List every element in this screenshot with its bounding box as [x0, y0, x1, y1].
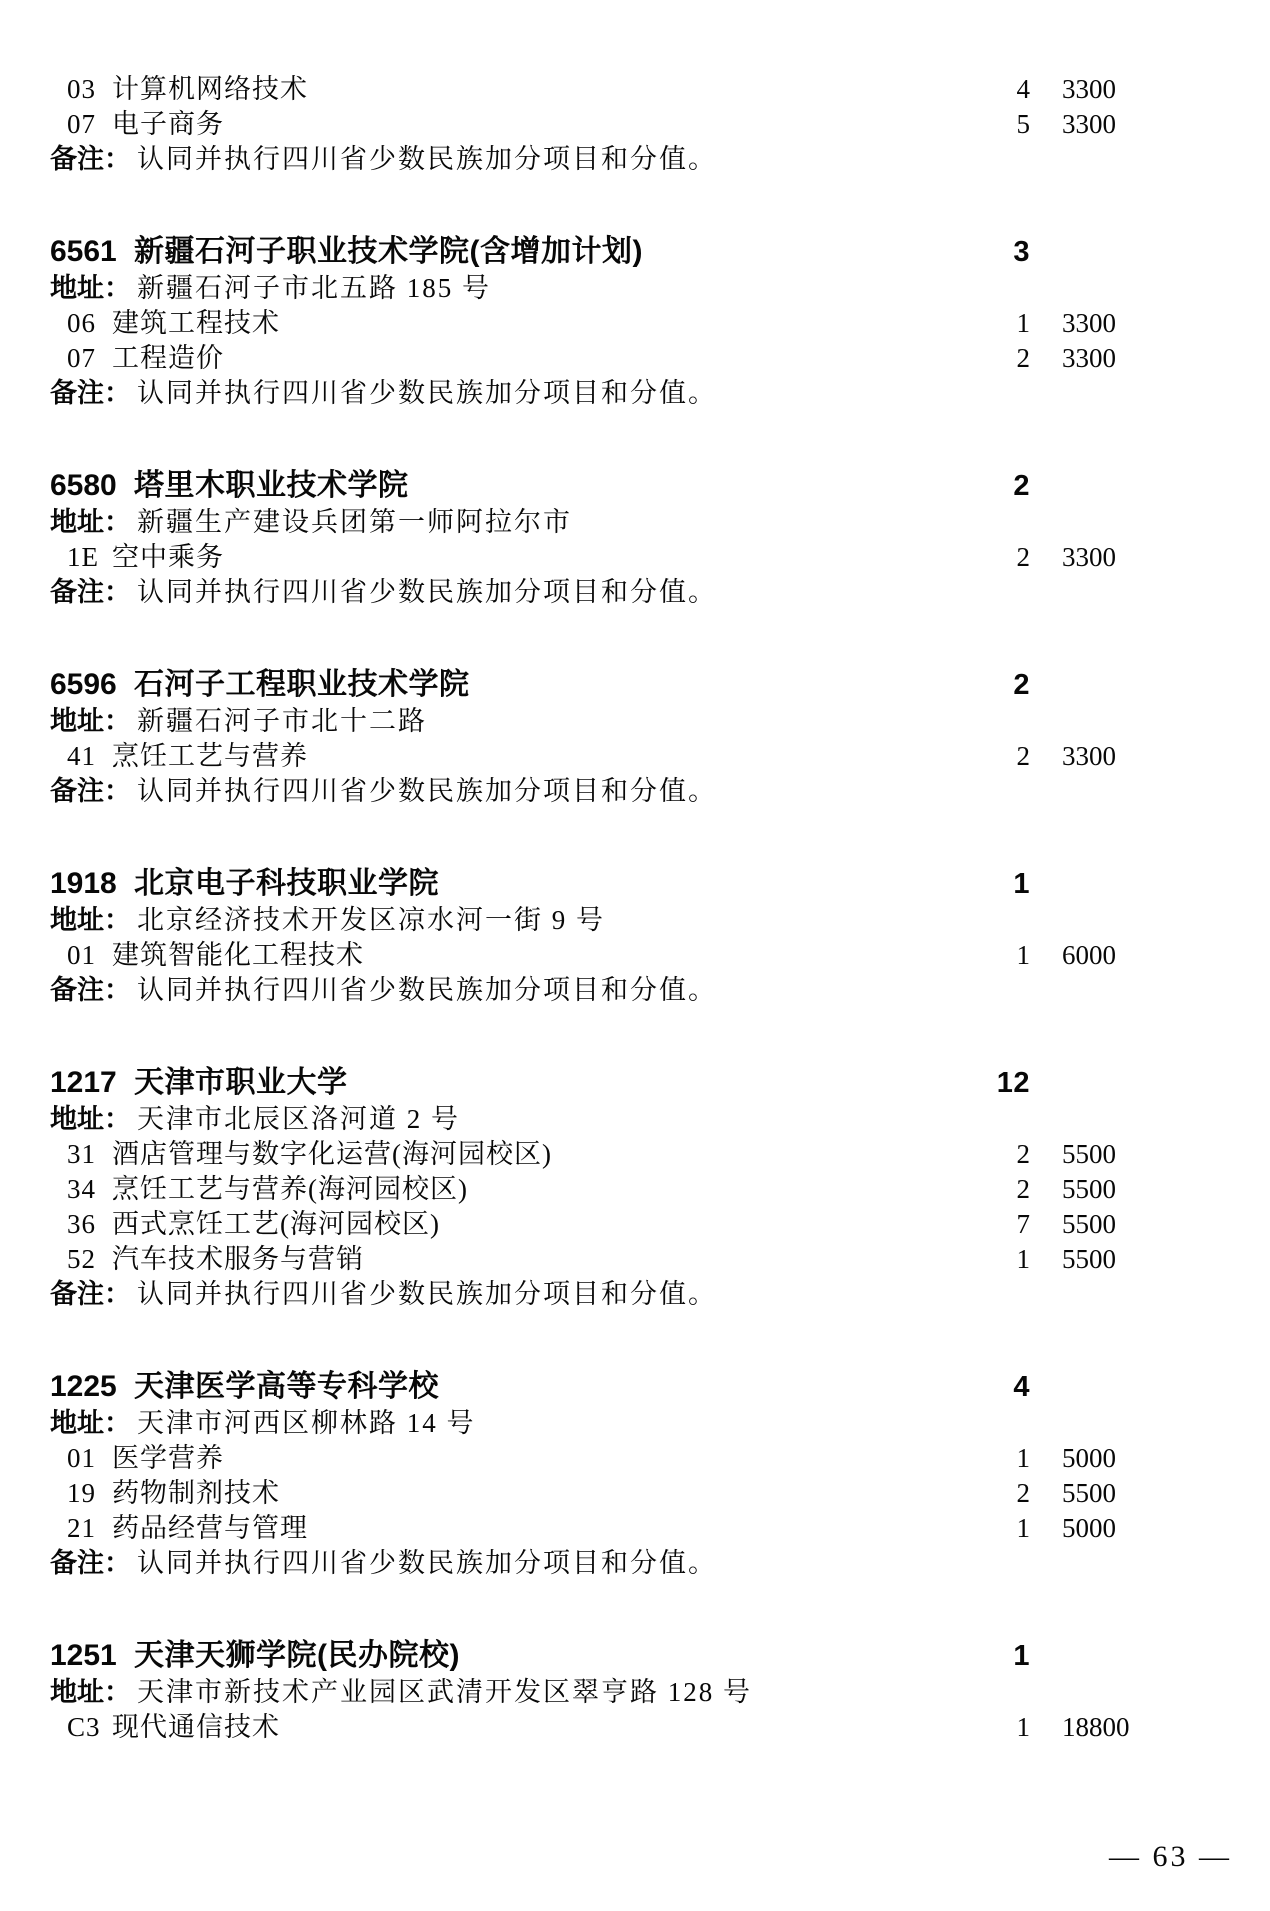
major-quota: 4	[960, 72, 1030, 107]
major-quota: 2	[960, 540, 1030, 575]
major-code: 07	[67, 341, 112, 376]
major-code: 36	[67, 1207, 112, 1242]
major-fee: 3300	[1062, 107, 1116, 142]
remark-row: 备注：认同并执行四川省少数民族加分项目和分值。	[0, 575, 1270, 610]
university-block: 1251天津天狮学院(民办院校) 1 地址：天津市新技术产业园区武清开发区翠亨路…	[0, 1635, 1270, 1745]
address-row: 地址：天津市北辰区洛河道 2 号	[0, 1102, 1270, 1137]
university-header: 6596石河子工程职业技术学院 2	[0, 664, 1270, 704]
address-text: 天津市北辰区洛河道 2 号	[137, 1104, 460, 1134]
major-name: 空中乘务	[112, 542, 224, 572]
major-code: C3	[67, 1710, 112, 1745]
major-fee: 5500	[1062, 1476, 1116, 1511]
address-text: 新疆生产建设兵团第一师阿拉尔市	[137, 507, 572, 537]
major-quota: 1	[960, 1242, 1030, 1277]
major-fee: 3300	[1062, 540, 1116, 575]
major-row: 06建筑工程技术 1 3300	[0, 306, 1270, 341]
major-code: 34	[67, 1172, 112, 1207]
university-block: 1217天津市职业大学 12 地址：天津市北辰区洛河道 2 号 31酒店管理与数…	[0, 1062, 1270, 1312]
major-quota: 1	[960, 1441, 1030, 1476]
university-block: 6596石河子工程职业技术学院 2 地址：新疆石河子市北十二路 41烹饪工艺与营…	[0, 664, 1270, 809]
remark-text: 认同并执行四川省少数民族加分项目和分值。	[137, 1279, 717, 1309]
university-header: 1225天津医学高等专科学校 4	[0, 1366, 1270, 1406]
remark-row: 备注：认同并执行四川省少数民族加分项目和分值。	[0, 1277, 1270, 1312]
major-name: 建筑工程技术	[112, 308, 280, 338]
major-name: 烹饪工艺与营养	[112, 741, 308, 771]
remark-label: 备注：	[50, 1546, 137, 1581]
university-total-quota: 2	[960, 465, 1030, 507]
address-label: 地址：	[50, 1102, 137, 1137]
major-fee: 5000	[1062, 1441, 1116, 1476]
university-code: 6596	[50, 664, 134, 706]
major-quota: 2	[960, 1172, 1030, 1207]
address-label: 地址：	[50, 1406, 137, 1441]
university-name: 新疆石河子职业技术学院(含增加计划)	[134, 235, 643, 268]
majors-list: 01建筑智能化工程技术 1 6000 备注：认同并执行四川省少数民族加分项目和分…	[0, 938, 1270, 1008]
majors-list: 06建筑工程技术 1 3300 07工程造价 2 3300 备注：认同并执行四川…	[0, 306, 1270, 411]
majors-list: C3现代通信技术 1 18800	[0, 1710, 1270, 1745]
major-name: 建筑智能化工程技术	[112, 940, 364, 970]
major-row: 07电子商务 5 3300	[0, 107, 1270, 142]
address-text: 天津市河西区柳林路 14 号	[137, 1408, 476, 1438]
university-header: 6580塔里木职业技术学院 2	[0, 465, 1270, 505]
university-total-quota: 1	[960, 863, 1030, 905]
major-name: 电子商务	[112, 109, 224, 139]
major-name: 药物制剂技术	[112, 1478, 280, 1508]
address-text: 天津市新技术产业园区武清开发区翠亨路 128 号	[137, 1677, 752, 1707]
continued-university-block: 03计算机网络技术 4 3300 07电子商务 5 3300 备注：认同并执行四…	[0, 72, 1270, 177]
major-code: 01	[67, 938, 112, 973]
major-code: 1E	[67, 540, 112, 575]
major-name: 工程造价	[112, 343, 224, 373]
major-fee: 3300	[1062, 739, 1116, 774]
university-block: 6561新疆石河子职业技术学院(含增加计划) 3 地址：新疆石河子市北五路 18…	[0, 231, 1270, 411]
remark-row: 备注：认同并执行四川省少数民族加分项目和分值。	[0, 376, 1270, 411]
university-code: 1217	[50, 1062, 134, 1104]
major-code: 31	[67, 1137, 112, 1172]
university-block: 1918北京电子科技职业学院 1 地址：北京经济技术开发区凉水河一街 9 号 0…	[0, 863, 1270, 1008]
remark-text: 认同并执行四川省少数民族加分项目和分值。	[137, 975, 717, 1005]
university-header: 6561新疆石河子职业技术学院(含增加计划) 3	[0, 231, 1270, 271]
major-row: 19药物制剂技术 2 5500	[0, 1476, 1270, 1511]
remark-text: 认同并执行四川省少数民族加分项目和分值。	[137, 1548, 717, 1578]
major-row: 01建筑智能化工程技术 1 6000	[0, 938, 1270, 973]
address-row: 地址：新疆生产建设兵团第一师阿拉尔市	[0, 505, 1270, 540]
university-header: 1251天津天狮学院(民办院校) 1	[0, 1635, 1270, 1675]
address-label: 地址：	[50, 903, 137, 938]
major-row: 36西式烹饪工艺(海河园校区) 7 5500	[0, 1207, 1270, 1242]
major-fee: 3300	[1062, 341, 1116, 376]
university-total-quota: 3	[960, 231, 1030, 273]
major-code: 19	[67, 1476, 112, 1511]
address-text: 新疆石河子市北十二路	[137, 706, 427, 736]
major-quota: 1	[960, 1511, 1030, 1546]
major-name: 医学营养	[112, 1443, 224, 1473]
remark-label: 备注：	[50, 142, 137, 177]
remark-text: 认同并执行四川省少数民族加分项目和分值。	[137, 776, 717, 806]
university-total-quota: 1	[960, 1635, 1030, 1677]
address-label: 地址：	[50, 271, 137, 306]
address-text: 新疆石河子市北五路 185 号	[137, 273, 491, 303]
remark-row: 备注：认同并执行四川省少数民族加分项目和分值。	[0, 142, 1270, 177]
major-code: 41	[67, 739, 112, 774]
major-quota: 2	[960, 1476, 1030, 1511]
university-name: 塔里木职业技术学院	[134, 469, 409, 502]
major-fee: 6000	[1062, 938, 1116, 973]
remark-text: 认同并执行四川省少数民族加分项目和分值。	[137, 144, 717, 174]
major-row: 34烹饪工艺与营养(海河园校区) 2 5500	[0, 1172, 1270, 1207]
major-code: 52	[67, 1242, 112, 1277]
address-row: 地址：新疆石河子市北五路 185 号	[0, 271, 1270, 306]
major-fee: 5500	[1062, 1172, 1116, 1207]
major-name: 烹饪工艺与营养(海河园校区)	[112, 1174, 468, 1204]
address-label: 地址：	[50, 704, 137, 739]
university-block: 6580塔里木职业技术学院 2 地址：新疆生产建设兵团第一师阿拉尔市 1E空中乘…	[0, 465, 1270, 610]
major-row: 41烹饪工艺与营养 2 3300	[0, 739, 1270, 774]
major-fee: 18800	[1062, 1710, 1130, 1745]
major-name: 汽车技术服务与营销	[112, 1244, 364, 1274]
remark-text: 认同并执行四川省少数民族加分项目和分值。	[137, 577, 717, 607]
university-name: 天津天狮学院(民办院校)	[134, 1639, 460, 1672]
address-text: 北京经济技术开发区凉水河一街 9 号	[137, 905, 605, 935]
university-name: 北京电子科技职业学院	[134, 867, 439, 900]
document-page: 03计算机网络技术 4 3300 07电子商务 5 3300 备注：认同并执行四…	[0, 0, 1270, 1911]
major-fee: 3300	[1062, 72, 1116, 107]
major-row: 1E空中乘务 2 3300	[0, 540, 1270, 575]
university-total-quota: 2	[960, 664, 1030, 706]
university-total-quota: 4	[960, 1366, 1030, 1408]
university-header: 1217天津市职业大学 12	[0, 1062, 1270, 1102]
major-quota: 1	[960, 938, 1030, 973]
university-blocks: 6561新疆石河子职业技术学院(含增加计划) 3 地址：新疆石河子市北五路 18…	[0, 231, 1270, 1745]
major-fee: 5000	[1062, 1511, 1116, 1546]
remark-row: 备注：认同并执行四川省少数民族加分项目和分值。	[0, 973, 1270, 1008]
university-name: 石河子工程职业技术学院	[134, 668, 470, 701]
university-code: 1918	[50, 863, 134, 905]
major-name: 酒店管理与数字化运营(海河园校区)	[112, 1139, 552, 1169]
remark-label: 备注：	[50, 575, 137, 610]
address-row: 地址：天津市河西区柳林路 14 号	[0, 1406, 1270, 1441]
major-fee: 5500	[1062, 1137, 1116, 1172]
major-name: 计算机网络技术	[112, 74, 308, 104]
major-fee: 3300	[1062, 306, 1116, 341]
major-quota: 7	[960, 1207, 1030, 1242]
address-label: 地址：	[50, 505, 137, 540]
major-row: 07工程造价 2 3300	[0, 341, 1270, 376]
major-name: 西式烹饪工艺(海河园校区)	[112, 1209, 440, 1239]
major-quota: 1	[960, 306, 1030, 341]
university-total-quota: 12	[960, 1062, 1030, 1104]
major-row: 21药品经营与管理 1 5000	[0, 1511, 1270, 1546]
remark-label: 备注：	[50, 774, 137, 809]
page-number: — 63 —	[1109, 1840, 1232, 1874]
major-code: 06	[67, 306, 112, 341]
majors-list: 41烹饪工艺与营养 2 3300 备注：认同并执行四川省少数民族加分项目和分值。	[0, 739, 1270, 809]
remark-text: 认同并执行四川省少数民族加分项目和分值。	[137, 378, 717, 408]
remark-label: 备注：	[50, 376, 137, 411]
major-code: 03	[67, 72, 112, 107]
university-code: 6580	[50, 465, 134, 507]
university-code: 1225	[50, 1366, 134, 1408]
major-quota: 5	[960, 107, 1030, 142]
majors-list: 01医学营养 1 5000 19药物制剂技术 2 5500 21药品经营与管理 …	[0, 1441, 1270, 1581]
major-fee: 5500	[1062, 1207, 1116, 1242]
major-name: 药品经营与管理	[112, 1513, 308, 1543]
university-name: 天津医学高等专科学校	[134, 1370, 439, 1403]
university-code: 6561	[50, 231, 134, 273]
major-code: 21	[67, 1511, 112, 1546]
address-row: 地址：新疆石河子市北十二路	[0, 704, 1270, 739]
majors-list: 1E空中乘务 2 3300 备注：认同并执行四川省少数民族加分项目和分值。	[0, 540, 1270, 610]
university-code: 1251	[50, 1635, 134, 1677]
remark-row: 备注：认同并执行四川省少数民族加分项目和分值。	[0, 1546, 1270, 1581]
address-label: 地址：	[50, 1675, 137, 1710]
major-row: 52汽车技术服务与营销 1 5500	[0, 1242, 1270, 1277]
major-name: 现代通信技术	[112, 1712, 280, 1742]
address-row: 地址：北京经济技术开发区凉水河一街 9 号	[0, 903, 1270, 938]
remark-label: 备注：	[50, 973, 137, 1008]
major-quota: 2	[960, 739, 1030, 774]
major-row: 01医学营养 1 5000	[0, 1441, 1270, 1476]
university-block: 1225天津医学高等专科学校 4 地址：天津市河西区柳林路 14 号 01医学营…	[0, 1366, 1270, 1581]
remark-label: 备注：	[50, 1277, 137, 1312]
major-fee: 5500	[1062, 1242, 1116, 1277]
major-quota: 2	[960, 1137, 1030, 1172]
major-quota: 1	[960, 1710, 1030, 1745]
major-quota: 2	[960, 341, 1030, 376]
major-row: C3现代通信技术 1 18800	[0, 1710, 1270, 1745]
university-header: 1918北京电子科技职业学院 1	[0, 863, 1270, 903]
major-code: 07	[67, 107, 112, 142]
remark-row: 备注：认同并执行四川省少数民族加分项目和分值。	[0, 774, 1270, 809]
majors-list: 31酒店管理与数字化运营(海河园校区) 2 5500 34烹饪工艺与营养(海河园…	[0, 1137, 1270, 1312]
university-name: 天津市职业大学	[134, 1066, 348, 1099]
major-row: 03计算机网络技术 4 3300	[0, 72, 1270, 107]
major-code: 01	[67, 1441, 112, 1476]
address-row: 地址：天津市新技术产业园区武清开发区翠亨路 128 号	[0, 1675, 1270, 1710]
major-row: 31酒店管理与数字化运营(海河园校区) 2 5500	[0, 1137, 1270, 1172]
